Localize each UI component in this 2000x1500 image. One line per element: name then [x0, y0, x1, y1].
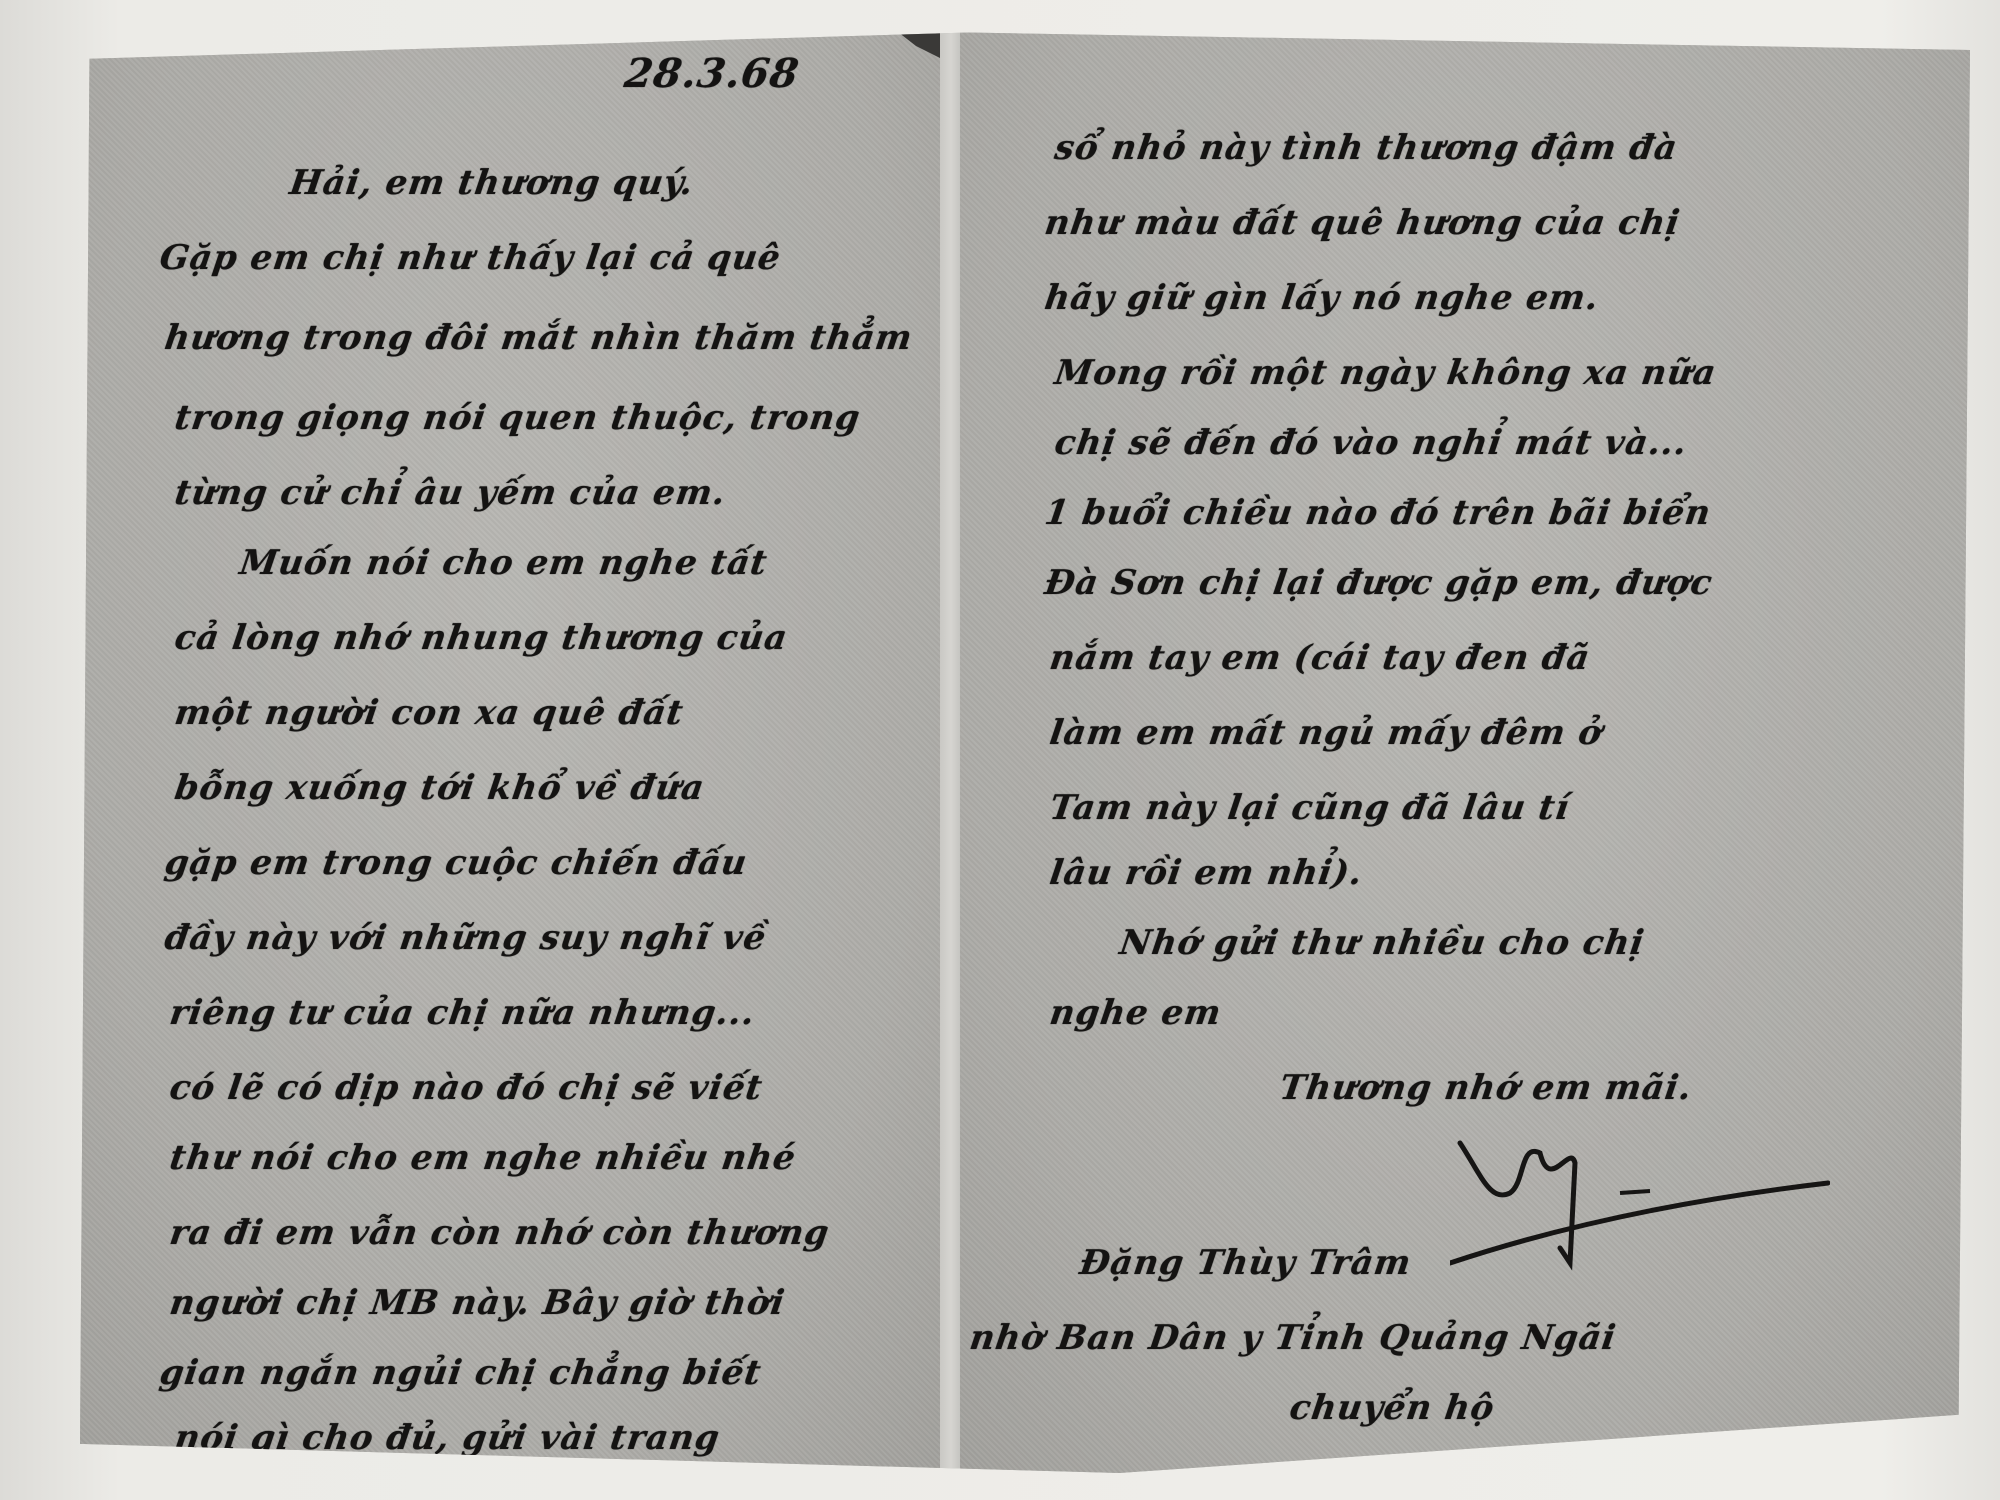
letter-line: một người con xa quê đất — [172, 693, 686, 733]
letter-line: gặp em trong cuộc chiến đấu — [162, 843, 750, 883]
letter-line: Tam này lại cũng đã lâu tí — [1047, 788, 1572, 828]
letter-line: ra đi em vẫn còn nhớ còn thương — [167, 1213, 832, 1253]
letter-line: chị sẽ đến đó vào nghỉ mát và... — [1052, 423, 1690, 463]
letter-line: trong giọng nói quen thuộc, trong — [172, 398, 863, 438]
letter-salutation: Hải, em thương quý. — [287, 163, 696, 203]
letter-line: 1 buổi chiều nào đó trên bãi biển — [1042, 493, 1714, 533]
letter-sheet-right: sổ nhỏ này tình thương đậm đà như màu đấ… — [960, 18, 1970, 1473]
letter-line: nói gì cho đủ, gửi vài trang — [172, 1418, 722, 1458]
letter-line: người chị MB này. Bây giờ thời — [167, 1283, 788, 1323]
letter-line: hãy giữ gìn lấy nó nghe em. — [1042, 278, 1601, 318]
letter-closing: Thương nhớ em mãi. — [1277, 1068, 1695, 1108]
letter-line: bỗng xuống tới khổ về đứa — [172, 768, 707, 808]
letter-line: làm em mất ngủ mấy đêm ở — [1047, 713, 1605, 753]
letter-date: 28.3.68 — [622, 50, 803, 97]
page-gutter — [940, 18, 962, 1473]
letter-line: nghe em — [1047, 993, 1224, 1033]
letter-line: riêng tư của chị nữa nhưng... — [167, 993, 758, 1033]
letter-photograph: 28.3.68 Hải, em thương quý. Gặp em chị n… — [80, 18, 1970, 1473]
letter-line: cả lòng nhớ nhung thương của — [172, 618, 790, 658]
letter-line: gian ngắn ngủi chị chẳng biết — [157, 1353, 764, 1393]
signature-icon — [1450, 1113, 1830, 1273]
letter-line: có lẽ có dịp nào đó chị sẽ viết — [167, 1068, 765, 1108]
letter-line: Nhớ gửi thư nhiều cho chị — [1117, 923, 1647, 963]
letter-line: từng cử chỉ âu yếm của em. — [172, 473, 728, 513]
letter-line: sổ nhỏ này tình thương đậm đà — [1052, 128, 1680, 168]
letter-line: như màu đất quê hương của chị — [1042, 203, 1683, 243]
letter-line: đầy này với những suy nghĩ về — [162, 918, 769, 958]
letter-line: Mong rồi một ngày không xa nữa — [1052, 353, 1719, 393]
book-page: 28.3.68 Hải, em thương quý. Gặp em chị n… — [0, 0, 2000, 1500]
letter-line: hương trong đôi mắt nhìn thăm thẳm — [162, 318, 915, 358]
delivery-address: nhờ Ban Dân y Tỉnh Quảng Ngãi — [967, 1318, 1619, 1358]
letter-sheet-left: 28.3.68 Hải, em thương quý. Gặp em chị n… — [80, 18, 940, 1473]
delivery-note: chuyển hộ — [1287, 1388, 1497, 1428]
letter-line: nắm tay em (cái tay đen đã — [1047, 638, 1593, 678]
letter-line: thư nói cho em nghe nhiều nhé — [167, 1138, 798, 1178]
letter-line: Gặp em chị như thấy lại cả quê — [157, 238, 783, 278]
letter-line: Muốn nói cho em nghe tất — [237, 543, 770, 583]
signer-name: Đặng Thùy Trâm — [1077, 1243, 1414, 1283]
letter-line: Đà Sơn chị lại được gặp em, được — [1042, 563, 1715, 603]
letter-line: lâu rồi em nhỉ). — [1047, 853, 1365, 893]
